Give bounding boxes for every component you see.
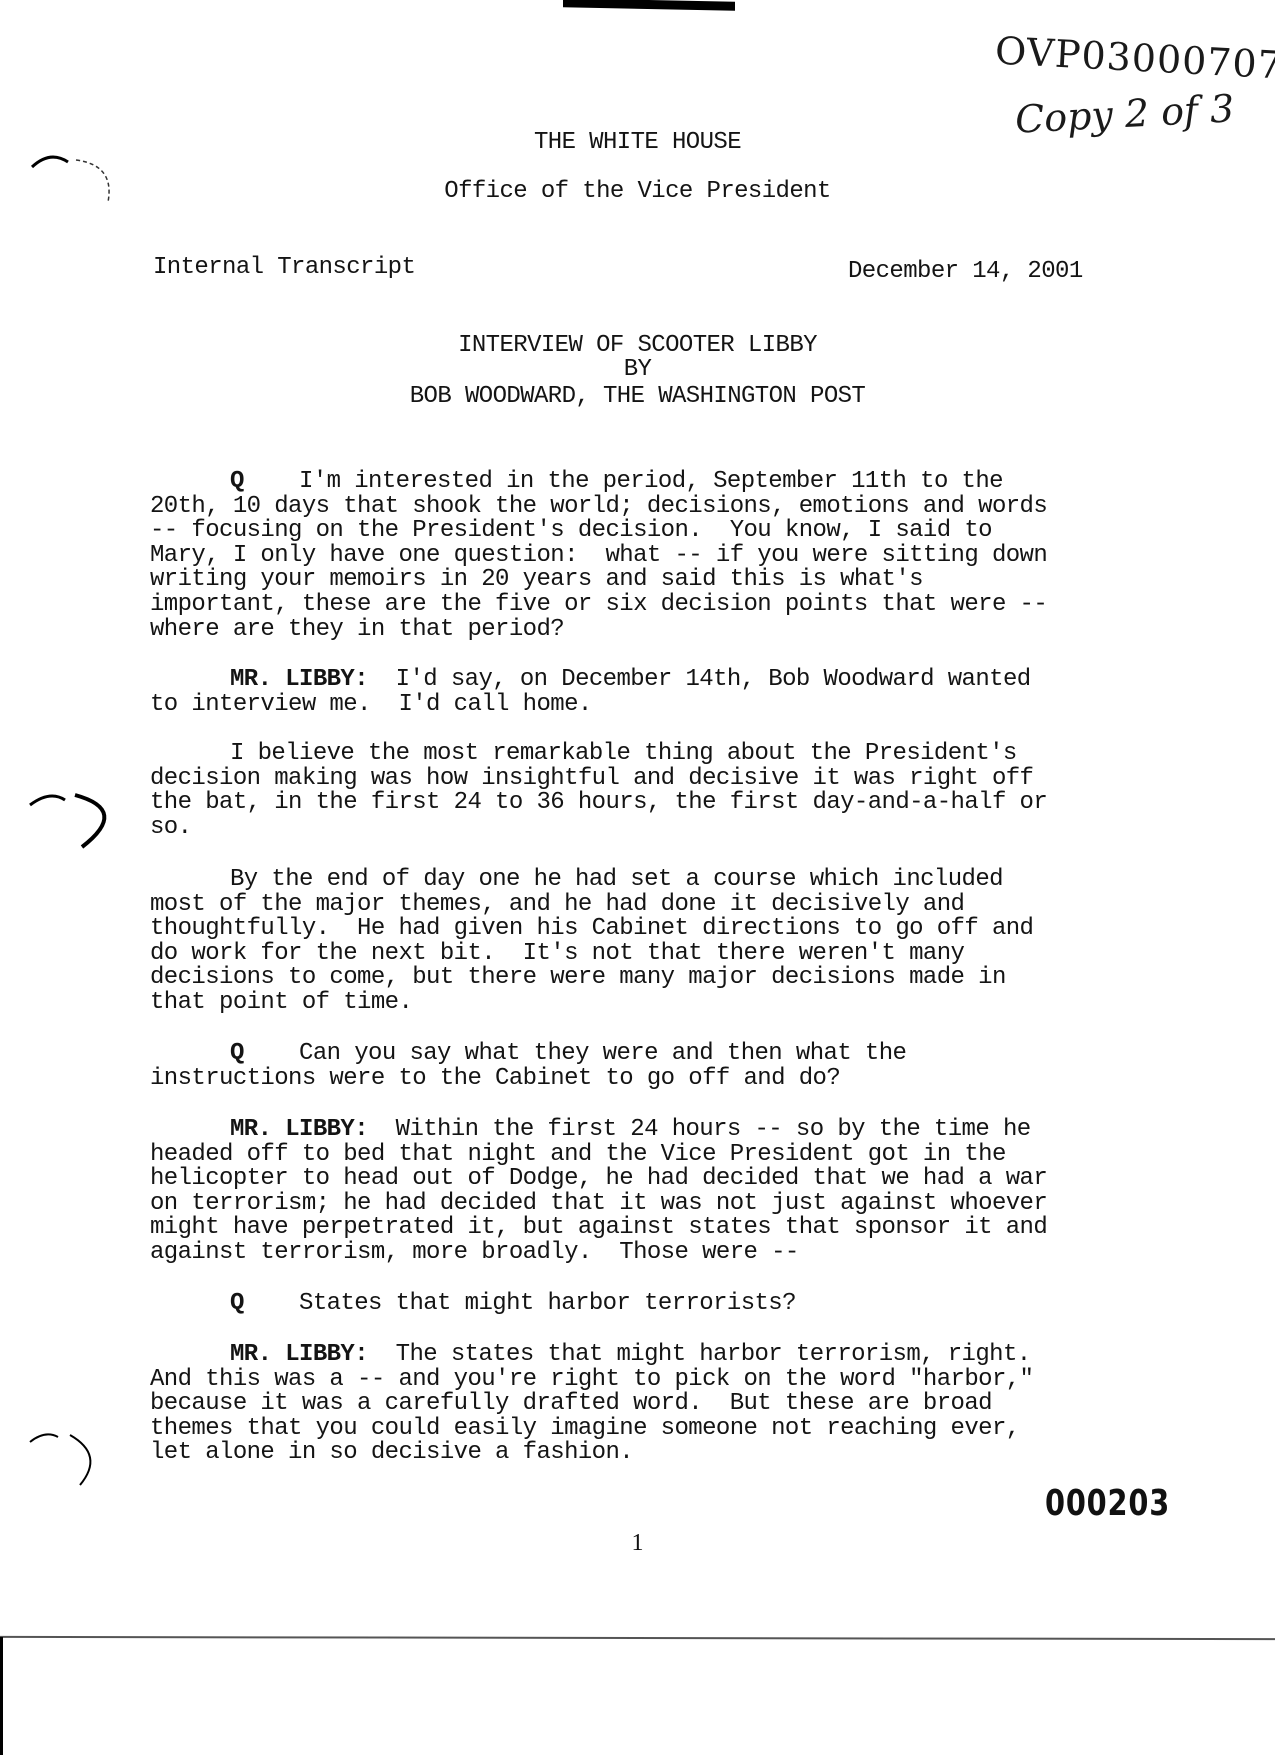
transcript-text: headed off to bed that night and the Vic…	[150, 1141, 1006, 1168]
transcript-line: most of the major themes, and he had don…	[150, 893, 964, 917]
transcript-text: instructions were to the Cabinet to go o…	[150, 1065, 840, 1092]
transcript-line: where are they in that period?	[150, 618, 564, 642]
hole-punch-mark-icon	[20, 1425, 120, 1505]
title-line-2: BY	[0, 358, 1275, 382]
transcript-text: thoughtfully. He had given his Cabinet d…	[150, 915, 1033, 942]
transcript-text: decision making was how insightful and d…	[150, 765, 1033, 792]
document-id-handwritten: OVP03000707	[994, 28, 1275, 87]
transcript-line: instructions were to the Cabinet to go o…	[150, 1067, 840, 1091]
transcript-text: themes that you could easily imagine som…	[150, 1415, 1020, 1442]
transcript-line: By the end of day one he had set a cours…	[230, 868, 1003, 892]
transcript-line: Mary, I only have one question: what -- …	[150, 544, 1047, 568]
transcript-line: because it was a carefully drafted word.…	[150, 1392, 992, 1416]
transcript-line: do work for the next bit. It's not that …	[150, 942, 964, 966]
transcript-text: to interview me. I'd call home.	[150, 691, 592, 718]
transcript-text: writing your memoirs in 20 years and sai…	[150, 566, 923, 593]
transcript-text: I'd say, on December 14th, Bob Woodward …	[396, 666, 1031, 693]
transcript-text: decisions to come, but there were many m…	[150, 964, 1006, 991]
speaker-label: Q	[230, 1040, 244, 1067]
transcript-line: And this was a -- and you're right to pi…	[150, 1368, 1033, 1392]
transcript-line: writing your memoirs in 20 years and sai…	[150, 568, 923, 592]
transcript-text: 20th, 10 days that shook the world; deci…	[150, 493, 1047, 520]
transcript-line: might have perpetrated it, but against s…	[150, 1216, 1047, 1240]
transcript-text: where are they in that period?	[150, 616, 564, 643]
transcript-line: against terrorism, more broadly. Those w…	[150, 1241, 799, 1265]
transcript-text: And this was a -- and you're right to pi…	[150, 1366, 1033, 1393]
transcript-text: I believe the most remarkable thing abou…	[230, 740, 1017, 767]
transcript-text: do work for the next bit. It's not that …	[150, 940, 964, 967]
transcript-text: The states that might harbor terrorism, …	[396, 1341, 1031, 1368]
transcript-line: so.	[150, 816, 191, 840]
scan-edge-line	[0, 1636, 1275, 1640]
transcript-text: most of the major themes, and he had don…	[150, 891, 964, 918]
title-line-1: INTERVIEW OF SCOOTER LIBBY	[0, 334, 1275, 358]
transcript-line: themes that you could easily imagine som…	[150, 1417, 1020, 1441]
speaker-label: MR. LIBBY:	[230, 666, 368, 693]
transcript-text: the bat, in the first 24 to 36 hours, th…	[150, 789, 1047, 816]
transcript-line: MR. LIBBY: The states that might harbor …	[230, 1343, 1031, 1367]
scan-artifact-top-bar	[563, 0, 735, 11]
transcript-line: to interview me. I'd call home.	[150, 693, 592, 717]
doc-type-label: Internal Transcript	[153, 256, 415, 280]
transcript-text: on terrorism; he had decided that it was…	[150, 1190, 1047, 1217]
transcript-text: -- focusing on the President's decision.…	[150, 517, 992, 544]
bates-number-stamp: 000203	[1045, 1483, 1170, 1524]
transcript-line: I believe the most remarkable thing abou…	[230, 742, 1017, 766]
transcript-text: let alone in so decisive a fashion.	[150, 1439, 633, 1466]
hole-punch-mark-icon	[20, 785, 120, 865]
office-heading: Office of the Vice President	[0, 180, 1275, 204]
scan-edge-left	[0, 1637, 3, 1755]
speaker-label: MR. LIBBY:	[230, 1116, 368, 1143]
transcript-text: important, these are the five or six dec…	[150, 591, 1047, 618]
transcript-line: decision making was how insightful and d…	[150, 767, 1033, 791]
transcript-line: MR. LIBBY: I'd say, on December 14th, Bo…	[230, 668, 1031, 692]
transcript-line: that point of time.	[150, 991, 412, 1015]
transcript-text: States that might harbor terrorists?	[299, 1290, 796, 1317]
transcript-text: against terrorism, more broadly. Those w…	[150, 1239, 799, 1266]
transcript-line: -- focusing on the President's decision.…	[150, 519, 992, 543]
transcript-line: decisions to come, but there were many m…	[150, 966, 1006, 990]
page-number: 1	[0, 1530, 1275, 1557]
transcript-text: By the end of day one he had set a cours…	[230, 866, 1003, 893]
transcript-text: that point of time.	[150, 989, 412, 1016]
transcript-line: let alone in so decisive a fashion.	[150, 1441, 633, 1465]
transcript-text: I'm interested in the period, September …	[299, 468, 1003, 495]
transcript-line: helicopter to head out of Dodge, he had …	[150, 1167, 1047, 1191]
speaker-label: Q	[230, 468, 244, 495]
org-heading: THE WHITE HOUSE	[0, 131, 1275, 155]
transcript-line: important, these are the five or six dec…	[150, 593, 1047, 617]
transcript-line: the bat, in the first 24 to 36 hours, th…	[150, 791, 1047, 815]
speaker-label: Q	[230, 1290, 244, 1317]
title-line-3: BOB WOODWARD, THE WASHINGTON POST	[0, 385, 1275, 409]
transcript-line: 20th, 10 days that shook the world; deci…	[150, 495, 1047, 519]
speaker-label: MR. LIBBY:	[230, 1341, 368, 1368]
transcript-text: Can you say what they were and then what…	[299, 1040, 906, 1067]
transcript-line: Q States that might harbor terrorists?	[230, 1292, 796, 1316]
document-date: December 14, 2001	[848, 260, 1083, 284]
transcript-text: because it was a carefully drafted word.…	[150, 1390, 992, 1417]
transcript-line: Q Can you say what they were and then wh…	[230, 1042, 906, 1066]
transcript-line: MR. LIBBY: Within the first 24 hours -- …	[230, 1118, 1031, 1142]
transcript-text: Mary, I only have one question: what -- …	[150, 542, 1047, 569]
transcript-line: thoughtfully. He had given his Cabinet d…	[150, 917, 1033, 941]
transcript-line: headed off to bed that night and the Vic…	[150, 1143, 1006, 1167]
transcript-line: on terrorism; he had decided that it was…	[150, 1192, 1047, 1216]
transcript-text: so.	[150, 814, 191, 841]
transcript-text: helicopter to head out of Dodge, he had …	[150, 1165, 1047, 1192]
transcript-text: might have perpetrated it, but against s…	[150, 1214, 1047, 1241]
transcript-line: Q I'm interested in the period, Septembe…	[230, 470, 1003, 494]
transcript-text: Within the first 24 hours -- so by the t…	[396, 1116, 1031, 1143]
